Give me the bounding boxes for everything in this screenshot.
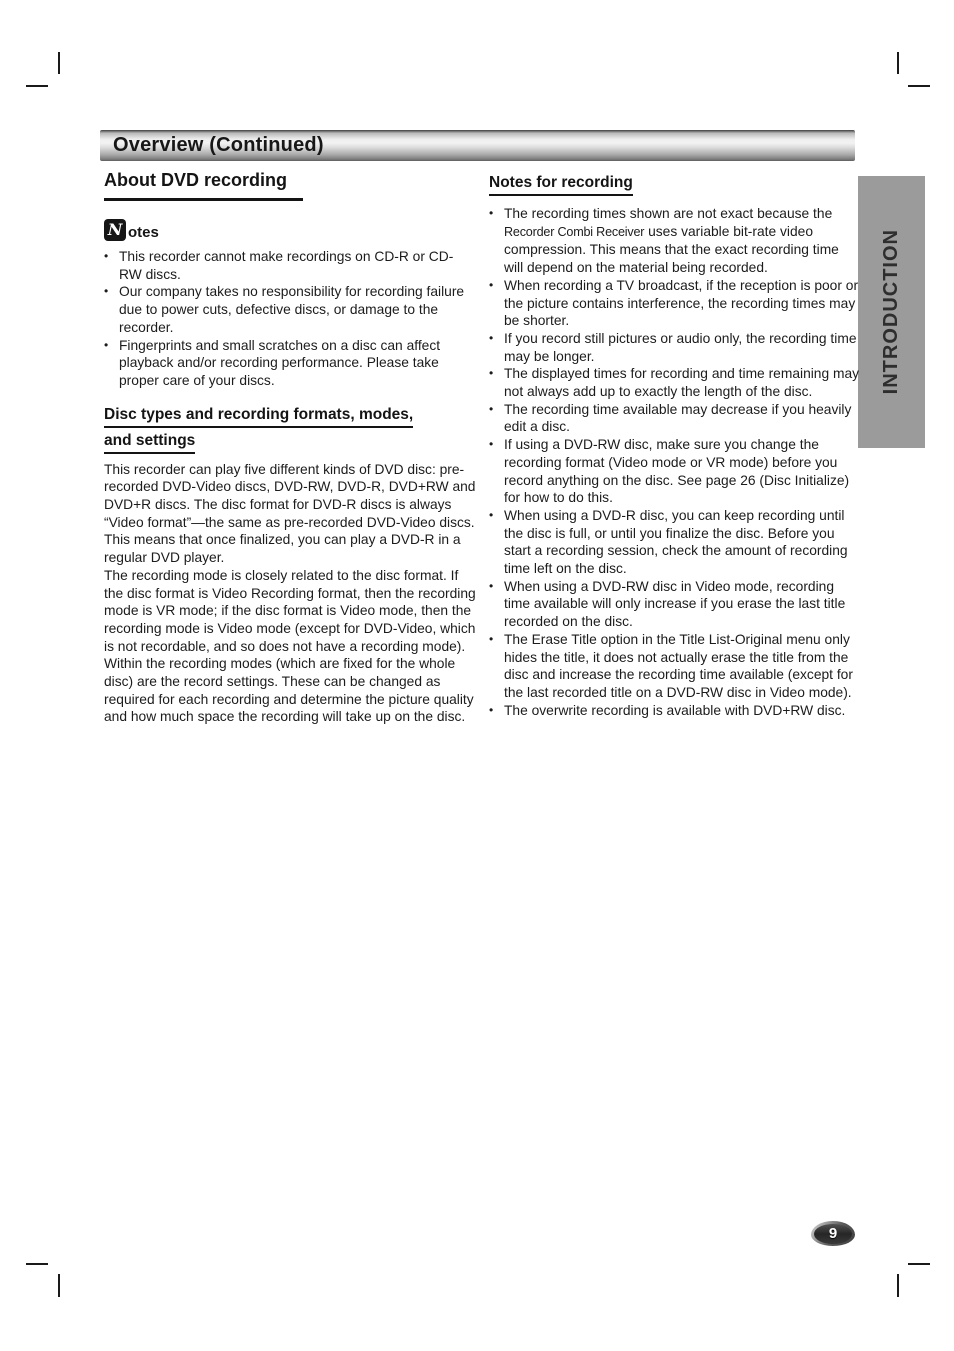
crop-mark-bottom-left-vertical [58, 1274, 60, 1297]
page-number: 9 [829, 1226, 837, 1241]
list-item: • This recorder cannot make recordings o… [104, 248, 476, 283]
disc-types-heading-line1: Disc types and recording formats, modes, [104, 406, 413, 428]
chapter-tab-label: INTRODUCTION [880, 229, 903, 394]
disc-types-heading: Disc types and recording formats, modes,… [104, 406, 476, 454]
crop-mark-bottom-right-vertical [897, 1274, 899, 1297]
notes-icon: N [104, 219, 126, 241]
list-item-text: When using a DVD-R disc, you can keep re… [504, 507, 861, 578]
bullet-dot: • [489, 507, 504, 578]
paragraph: Within the recording modes (which are fi… [104, 655, 476, 726]
list-item-text: Fingerprints and small scratches on a di… [119, 337, 476, 390]
notes-list: • This recorder cannot make recordings o… [104, 248, 476, 390]
bullet-dot: • [489, 205, 504, 277]
disc-types-heading-line2: and settings [104, 432, 195, 454]
list-item: • If you record still pictures or audio … [489, 330, 861, 365]
crop-mark-bottom-left-horizontal [26, 1263, 48, 1265]
right-column-heading: Notes for recording [489, 174, 633, 196]
bullet-dot: • [489, 401, 504, 436]
notes-header: N otes [104, 218, 476, 241]
list-item-text: The overwrite recording is available wit… [504, 702, 861, 720]
bullet-dot: • [489, 631, 504, 702]
notes-label: otes [128, 224, 159, 241]
page-number-badge: 9 [811, 1221, 855, 1246]
left-column: About DVD recording N otes • This record… [104, 170, 476, 726]
paragraph: The recording mode is closely related to… [104, 567, 476, 656]
list-item-text: If you record still pictures or audio on… [504, 330, 861, 365]
product-name: Recorder Combi Receiver [504, 225, 644, 239]
list-item-text: When using a DVD-RW disc in Video mode, … [504, 578, 861, 631]
list-item: • When recording a TV broadcast, if the … [489, 277, 861, 330]
list-item-text: Our company takes no responsibility for … [119, 283, 476, 336]
list-item-text: If using a DVD-RW disc, make sure you ch… [504, 436, 861, 507]
bullet-dot: • [104, 248, 119, 283]
bullet-dot: • [489, 365, 504, 400]
recording-notes-list: • The recording times shown are not exac… [489, 205, 861, 719]
bullet-dot: • [489, 277, 504, 330]
crop-mark-bottom-right-horizontal [908, 1263, 930, 1265]
list-item: • When using a DVD-R disc, you can keep … [489, 507, 861, 578]
list-item: • The recording times shown are not exac… [489, 205, 861, 277]
paragraph: This recorder can play five different ki… [104, 461, 476, 567]
list-item-text: The recording time available may decreas… [504, 401, 861, 436]
bullet-dot: • [489, 436, 504, 507]
crop-mark-top-left-vertical [58, 52, 60, 74]
disc-types-body: This recorder can play five different ki… [104, 461, 476, 727]
crop-mark-top-right-horizontal [908, 85, 930, 87]
crop-mark-top-left-horizontal [26, 85, 48, 87]
list-item: • The overwrite recording is available w… [489, 702, 861, 720]
list-item: • The displayed times for recording and … [489, 365, 861, 400]
left-column-heading: About DVD recording [104, 170, 303, 201]
bullet-dot: • [104, 283, 119, 336]
list-item: • The Erase Title option in the Title Li… [489, 631, 861, 702]
section-header-title: Overview (Continued) [100, 134, 324, 157]
list-item: • Fingerprints and small scratches on a … [104, 337, 476, 390]
list-item: • The recording time available may decre… [489, 401, 861, 436]
list-item: • When using a DVD-RW disc in Video mode… [489, 578, 861, 631]
bullet-dot: • [104, 337, 119, 390]
bullet-dot: • [489, 578, 504, 631]
chapter-tab: INTRODUCTION [858, 176, 925, 448]
bullet-dot: • [489, 330, 504, 365]
list-item: • If using a DVD-RW disc, make sure you … [489, 436, 861, 507]
list-item-text: When recording a TV broadcast, if the re… [504, 277, 861, 330]
list-item-text: This recorder cannot make recordings on … [119, 248, 476, 283]
manual-page: Overview (Continued) INTRODUCTION About … [0, 0, 954, 1351]
list-item-text: The Erase Title option in the Title List… [504, 631, 861, 702]
list-item: • Our company takes no responsibility fo… [104, 283, 476, 336]
bullet-dot: • [489, 702, 504, 720]
section-header-banner: Overview (Continued) [100, 130, 855, 161]
right-column: Notes for recording • The recording time… [489, 174, 861, 719]
list-item-text: The recording times shown are not exact … [504, 205, 861, 277]
list-item-text: The displayed times for recording and ti… [504, 365, 861, 400]
crop-mark-top-right-vertical [897, 52, 899, 74]
